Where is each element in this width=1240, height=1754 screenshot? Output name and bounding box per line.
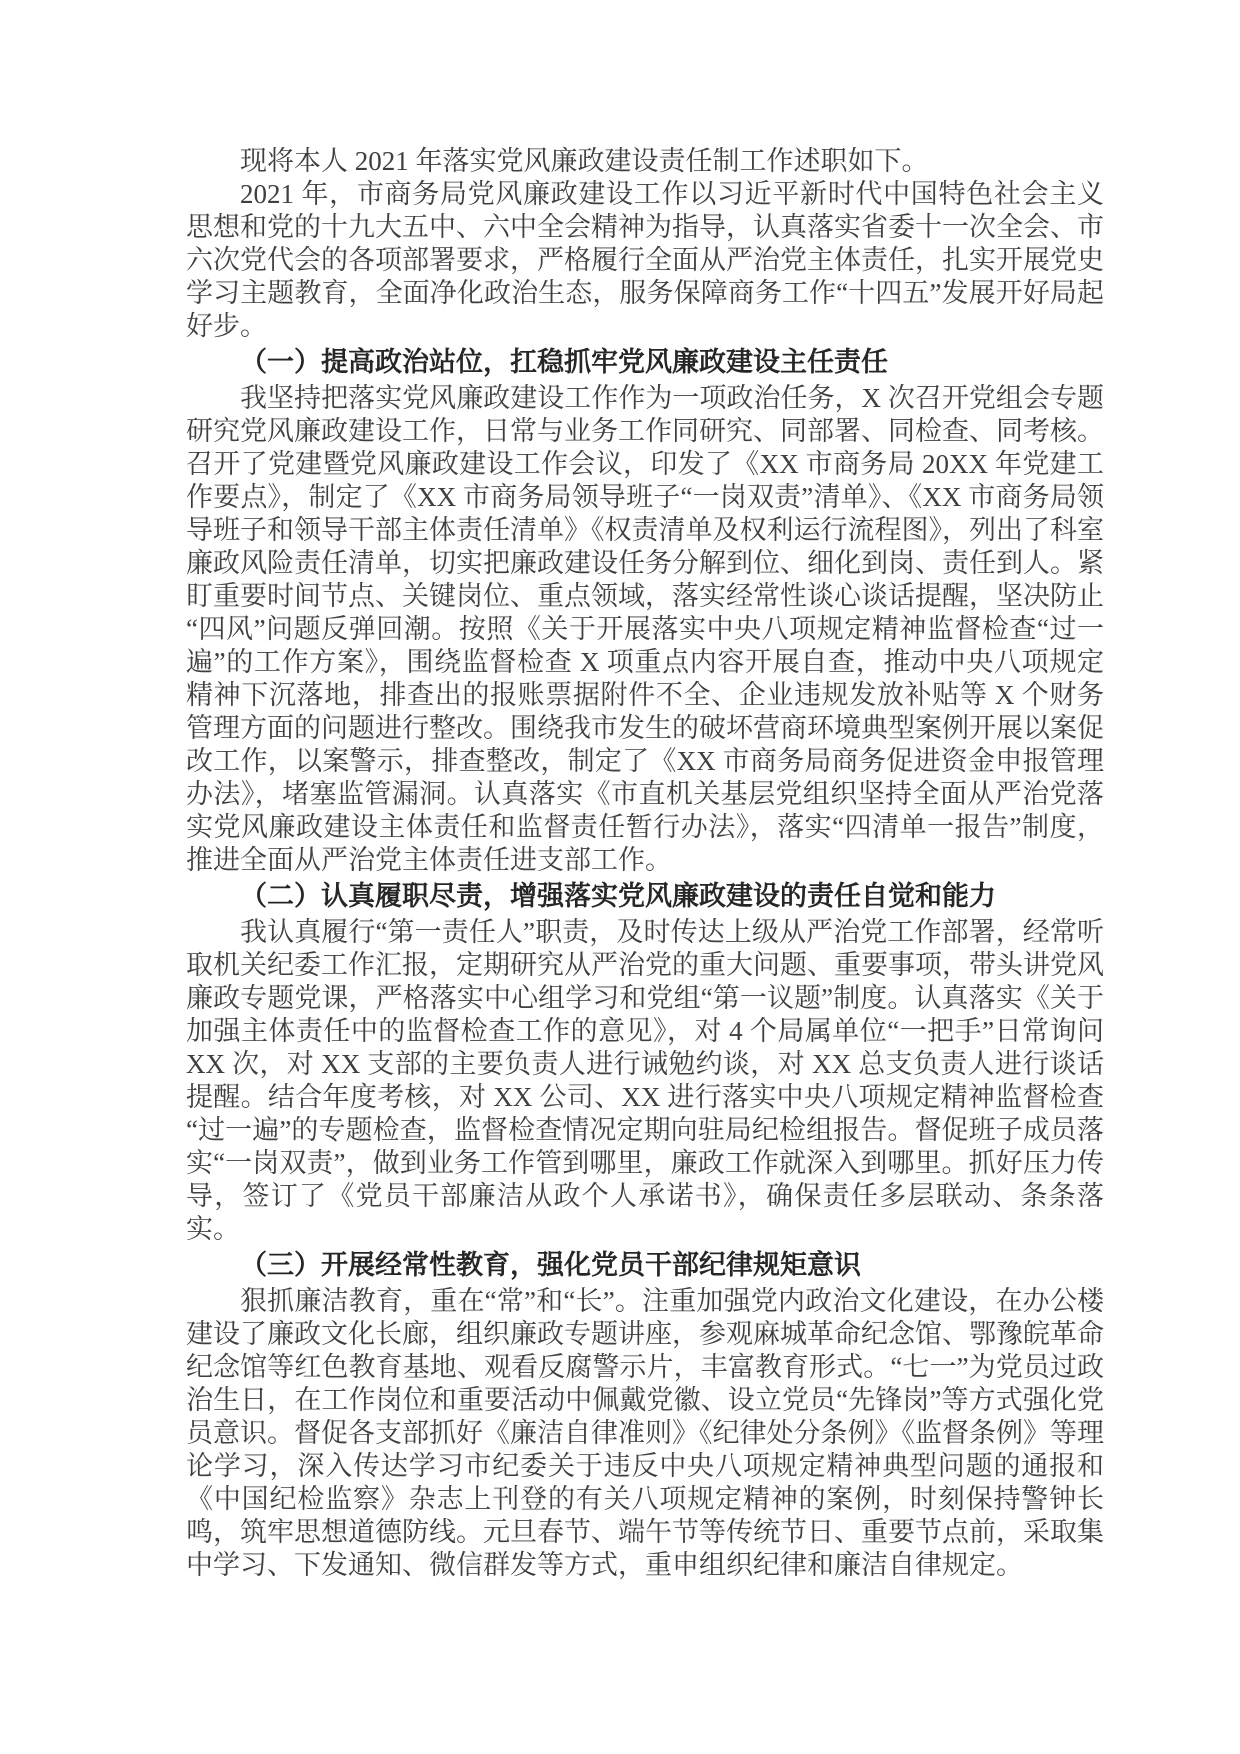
- document-body: 现将本人 2021 年落实党风廉政建设责任制工作述职如下。 2021 年，市商务…: [186, 145, 1104, 1582]
- section-2-paragraph: 我认真履行“第一责任人”职责，及时传达上级从严治党工作部署，经常听取机关纪委工作…: [186, 916, 1104, 1246]
- section-3-paragraph: 狠抓廉洁教育，重在“常”和“长”。注重加强党内政治文化建设，在办公楼建设了廉政文…: [186, 1285, 1104, 1582]
- document-page: 现将本人 2021 年落实党风廉政建设责任制工作述职如下。 2021 年，市商务…: [0, 0, 1240, 1754]
- overview-paragraph: 2021 年，市商务局党风廉政建设工作以习近平新时代中国特色社会主义思想和党的十…: [186, 178, 1104, 343]
- section-heading-1: （一）提高政治站位，扛稳抓牢党风廉政建设主任责任: [186, 346, 1104, 379]
- section-1-paragraph: 我坚持把落实党风廉政建设工作作为一项政治任务，X 次召开党组会专题研究党风廉政建…: [186, 382, 1104, 877]
- intro-paragraph: 现将本人 2021 年落实党风廉政建设责任制工作述职如下。: [186, 145, 1104, 178]
- section-heading-2: （二）认真履职尽责，增强落实党风廉政建设的责任自觉和能力: [186, 880, 1104, 913]
- section-heading-3: （三）开展经常性教育，强化党员干部纪律规矩意识: [186, 1249, 1104, 1282]
